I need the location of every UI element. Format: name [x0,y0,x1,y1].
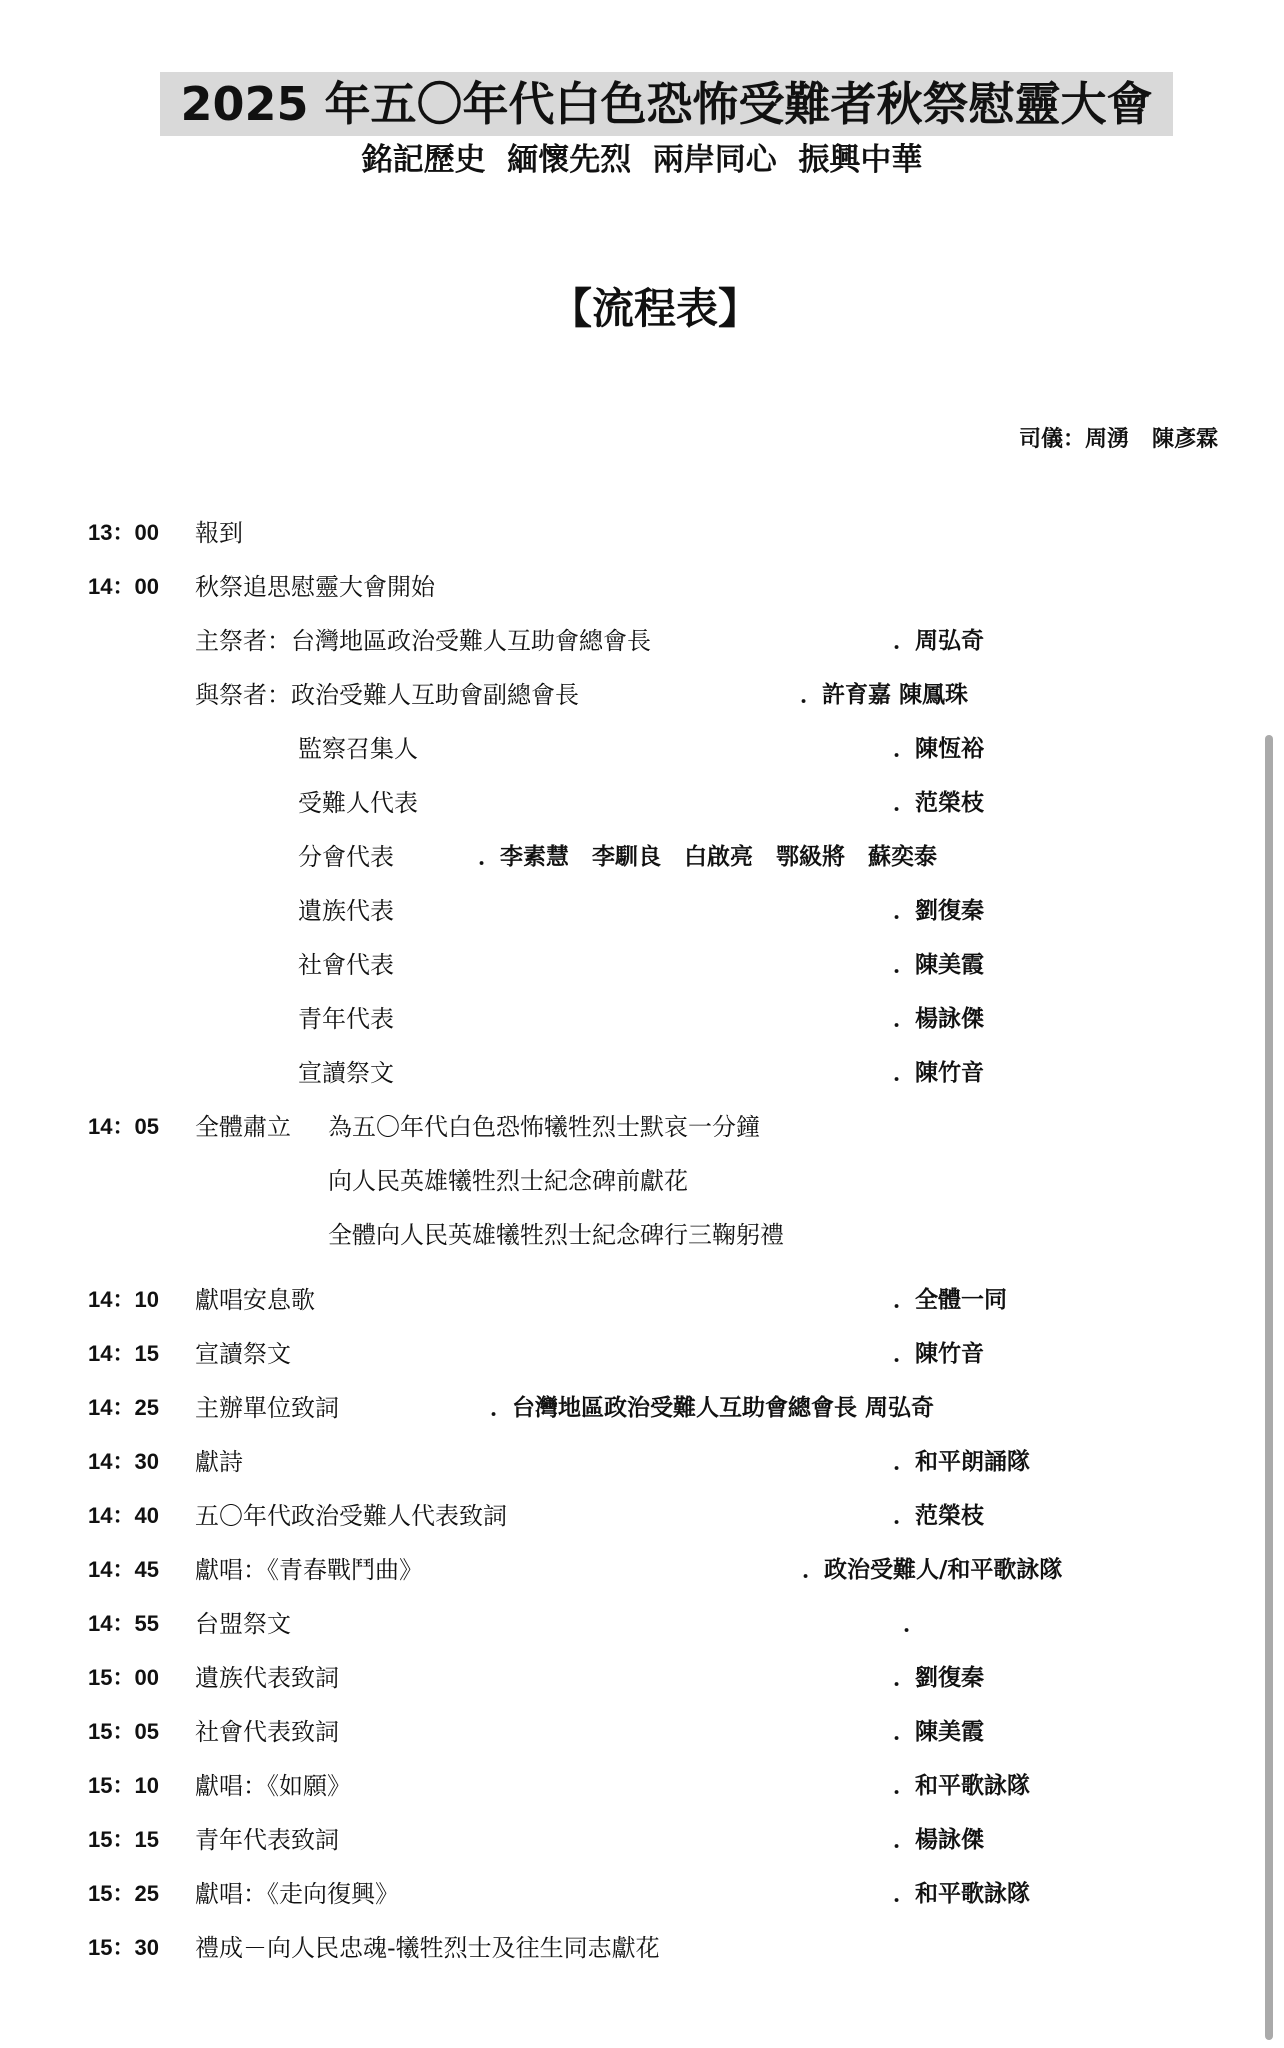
schedule-row: 14：30 獻詩 ．和平朗誦隊 [0,1442,1230,1482]
schedule-row: 15：25 獻唱：《走向復興》 ．和平歌詠隊 [0,1874,1230,1914]
row-time: 15：15 [88,1820,159,1860]
row-person: ．楊詠傑 [893,1820,984,1860]
row-person: ．陳美霞 [893,1712,984,1752]
row-item: 秋祭追思慰靈大會開始 [195,567,435,607]
schedule-row: 監察召集人 ．陳恆裕 [0,729,1230,769]
row-item: 獻唱：《如願》 [195,1766,351,1806]
row-time: 14：10 [88,1280,159,1320]
schedule-row: 15：10 獻唱：《如願》 ．和平歌詠隊 [0,1766,1230,1806]
schedule-row: 向人民英雄犧牲烈士紀念碑前獻花 [0,1161,1230,1201]
row-time: 15：30 [88,1928,159,1968]
schedule-row: 15：00 遺族代表致詞 ．劉復秦 [0,1658,1230,1698]
page-subtitle: 銘記歷史 緬懷先烈 兩岸同心 振興中華 [0,138,1284,182]
row-time: 14：45 [88,1550,159,1590]
row-detail: 為五〇年代白色恐怖犧牲烈士默哀一分鐘 [328,1107,760,1147]
schedule-row: 15：05 社會代表致詞 ．陳美霞 [0,1712,1230,1752]
schedule-row: 社會代表 ．陳美霞 [0,945,1230,985]
row-person: ．劉復秦 [893,1658,984,1698]
row-item: 獻詩 [195,1442,243,1482]
row-person: ．和平歌詠隊 [893,1874,1030,1914]
row-time: 13：00 [88,513,159,553]
row-time: 15：05 [88,1712,159,1752]
schedule-row: 15：15 青年代表致詞 ．楊詠傑 [0,1820,1230,1860]
row-item: 遺族代表致詞 [195,1658,339,1698]
row-person: ．劉復秦 [893,891,984,931]
row-item: 宣讀祭文 [298,1053,394,1093]
row-item: 社會代表 [298,945,394,985]
schedule-row: 全體向人民英雄犧牲烈士紀念碑行三鞠躬禮 [0,1215,1230,1255]
row-person: ．范榮枝 [893,783,984,823]
row-person: ．全體一同 [893,1280,1007,1320]
row-item: 獻唱：《走向復興》 [195,1874,399,1914]
row-person: ．李素慧 李馴良 白啟亮 鄂級將 蘇奕泰 [478,837,937,877]
row-person: ．陳竹音 [893,1053,984,1093]
row-item: 青年代表致詞 [195,1820,339,1860]
row-item: 獻唱：《青春戰鬥曲》 [195,1550,423,1590]
row-item: 監察召集人 [298,729,418,769]
row-person: ． [903,1604,925,1644]
schedule-row: 青年代表 ．楊詠傑 [0,999,1230,1039]
row-item: 社會代表致詞 [195,1712,339,1752]
row-person: ．陳恆裕 [893,729,984,769]
schedule-row: 14：55 台盟祭文 ． [0,1604,1230,1644]
schedule-row: 遺族代表 ．劉復秦 [0,891,1230,931]
schedule-row: 受難人代表 ．范榮枝 [0,783,1230,823]
schedule-row: 宣讀祭文 ．陳竹音 [0,1053,1230,1093]
row-time: 15：00 [88,1658,159,1698]
row-item: 受難人代表 [298,783,418,823]
row-item: 五〇年代政治受難人代表致詞 [195,1496,507,1536]
vertical-scrollbar[interactable] [1265,735,1273,2040]
row-item: 宣讀祭文 [195,1334,291,1374]
schedule-row: 與祭者：政治受難人互助會副總會長 ．許育嘉 陳鳳珠 [0,675,1230,715]
row-item: 全體肅立 [195,1107,291,1147]
row-item: 全體向人民英雄犧牲烈士紀念碑行三鞠躬禮 [328,1215,784,1255]
row-time: 14：05 [88,1107,159,1147]
row-person: ．許育嘉 陳鳳珠 [800,675,968,715]
schedule-row: 14：40 五〇年代政治受難人代表致詞 ．范榮枝 [0,1496,1230,1536]
row-item: 主辦單位致詞 [195,1388,339,1428]
row-person: ．政治受難人/和平歌詠隊 [802,1550,1062,1590]
schedule-heading: 【流程表】 [0,283,1284,335]
row-time: 15：10 [88,1766,159,1806]
row-time: 14：15 [88,1334,159,1374]
row-person: ．陳竹音 [893,1334,984,1374]
row-person: ．和平朗誦隊 [893,1442,1030,1482]
schedule-row: 14：10 獻唱安息歌 ．全體一同 [0,1280,1230,1320]
schedule-row: 14：05 全體肅立 為五〇年代白色恐怖犧牲烈士默哀一分鐘 [0,1107,1230,1147]
row-person: ．楊詠傑 [893,999,984,1039]
page-title: 2025 年五〇年代白色恐怖受難者秋祭慰靈大會 [160,72,1173,136]
row-item: 與祭者：政治受難人互助會副總會長 [195,675,579,715]
row-time: 14：30 [88,1442,159,1482]
schedule-row: 14：45 獻唱：《青春戰鬥曲》 ．政治受難人/和平歌詠隊 [0,1550,1230,1590]
row-item: 禮成－向人民忠魂-犧牲烈士及往生同志獻花 [195,1928,660,1968]
row-person: ．范榮枝 [893,1496,984,1536]
row-person: ．周弘奇 [893,621,984,661]
row-time: 14：55 [88,1604,159,1644]
schedule-row: 主祭者：台灣地區政治受難人互助會總會長 ．周弘奇 [0,621,1230,661]
schedule-row: 15：30 禮成－向人民忠魂-犧牲烈士及往生同志獻花 [0,1928,1230,1968]
row-person: ．陳美霞 [893,945,984,985]
row-item: 向人民英雄犧牲烈士紀念碑前獻花 [328,1161,688,1201]
row-item: 台盟祭文 [195,1604,291,1644]
mc-line: 司儀：周湧 陳彥霖 [1019,424,1218,456]
row-time: 14：25 [88,1388,159,1428]
row-item: 分會代表 [298,837,394,877]
row-person: ．和平歌詠隊 [893,1766,1030,1806]
row-time: 15：25 [88,1874,159,1914]
schedule-row: 13：00 報到 [0,513,1230,553]
row-time: 14：40 [88,1496,159,1536]
schedule-row: 14：00 秋祭追思慰靈大會開始 [0,567,1230,607]
schedule-row: 14：15 宣讀祭文 ．陳竹音 [0,1334,1230,1374]
row-person: ．台灣地區政治受難人互助會總會長 周弘奇 [490,1388,934,1428]
row-item: 報到 [195,513,243,553]
schedule-row: 分會代表 ．李素慧 李馴良 白啟亮 鄂級將 蘇奕泰 [0,837,1230,877]
row-item: 主祭者：台灣地區政治受難人互助會總會長 [195,621,651,661]
schedule-row: 14：25 主辦單位致詞 ．台灣地區政治受難人互助會總會長 周弘奇 [0,1388,1230,1428]
row-item: 獻唱安息歌 [195,1280,315,1320]
row-item: 遺族代表 [298,891,394,931]
row-time: 14：00 [88,567,159,607]
row-item: 青年代表 [298,999,394,1039]
